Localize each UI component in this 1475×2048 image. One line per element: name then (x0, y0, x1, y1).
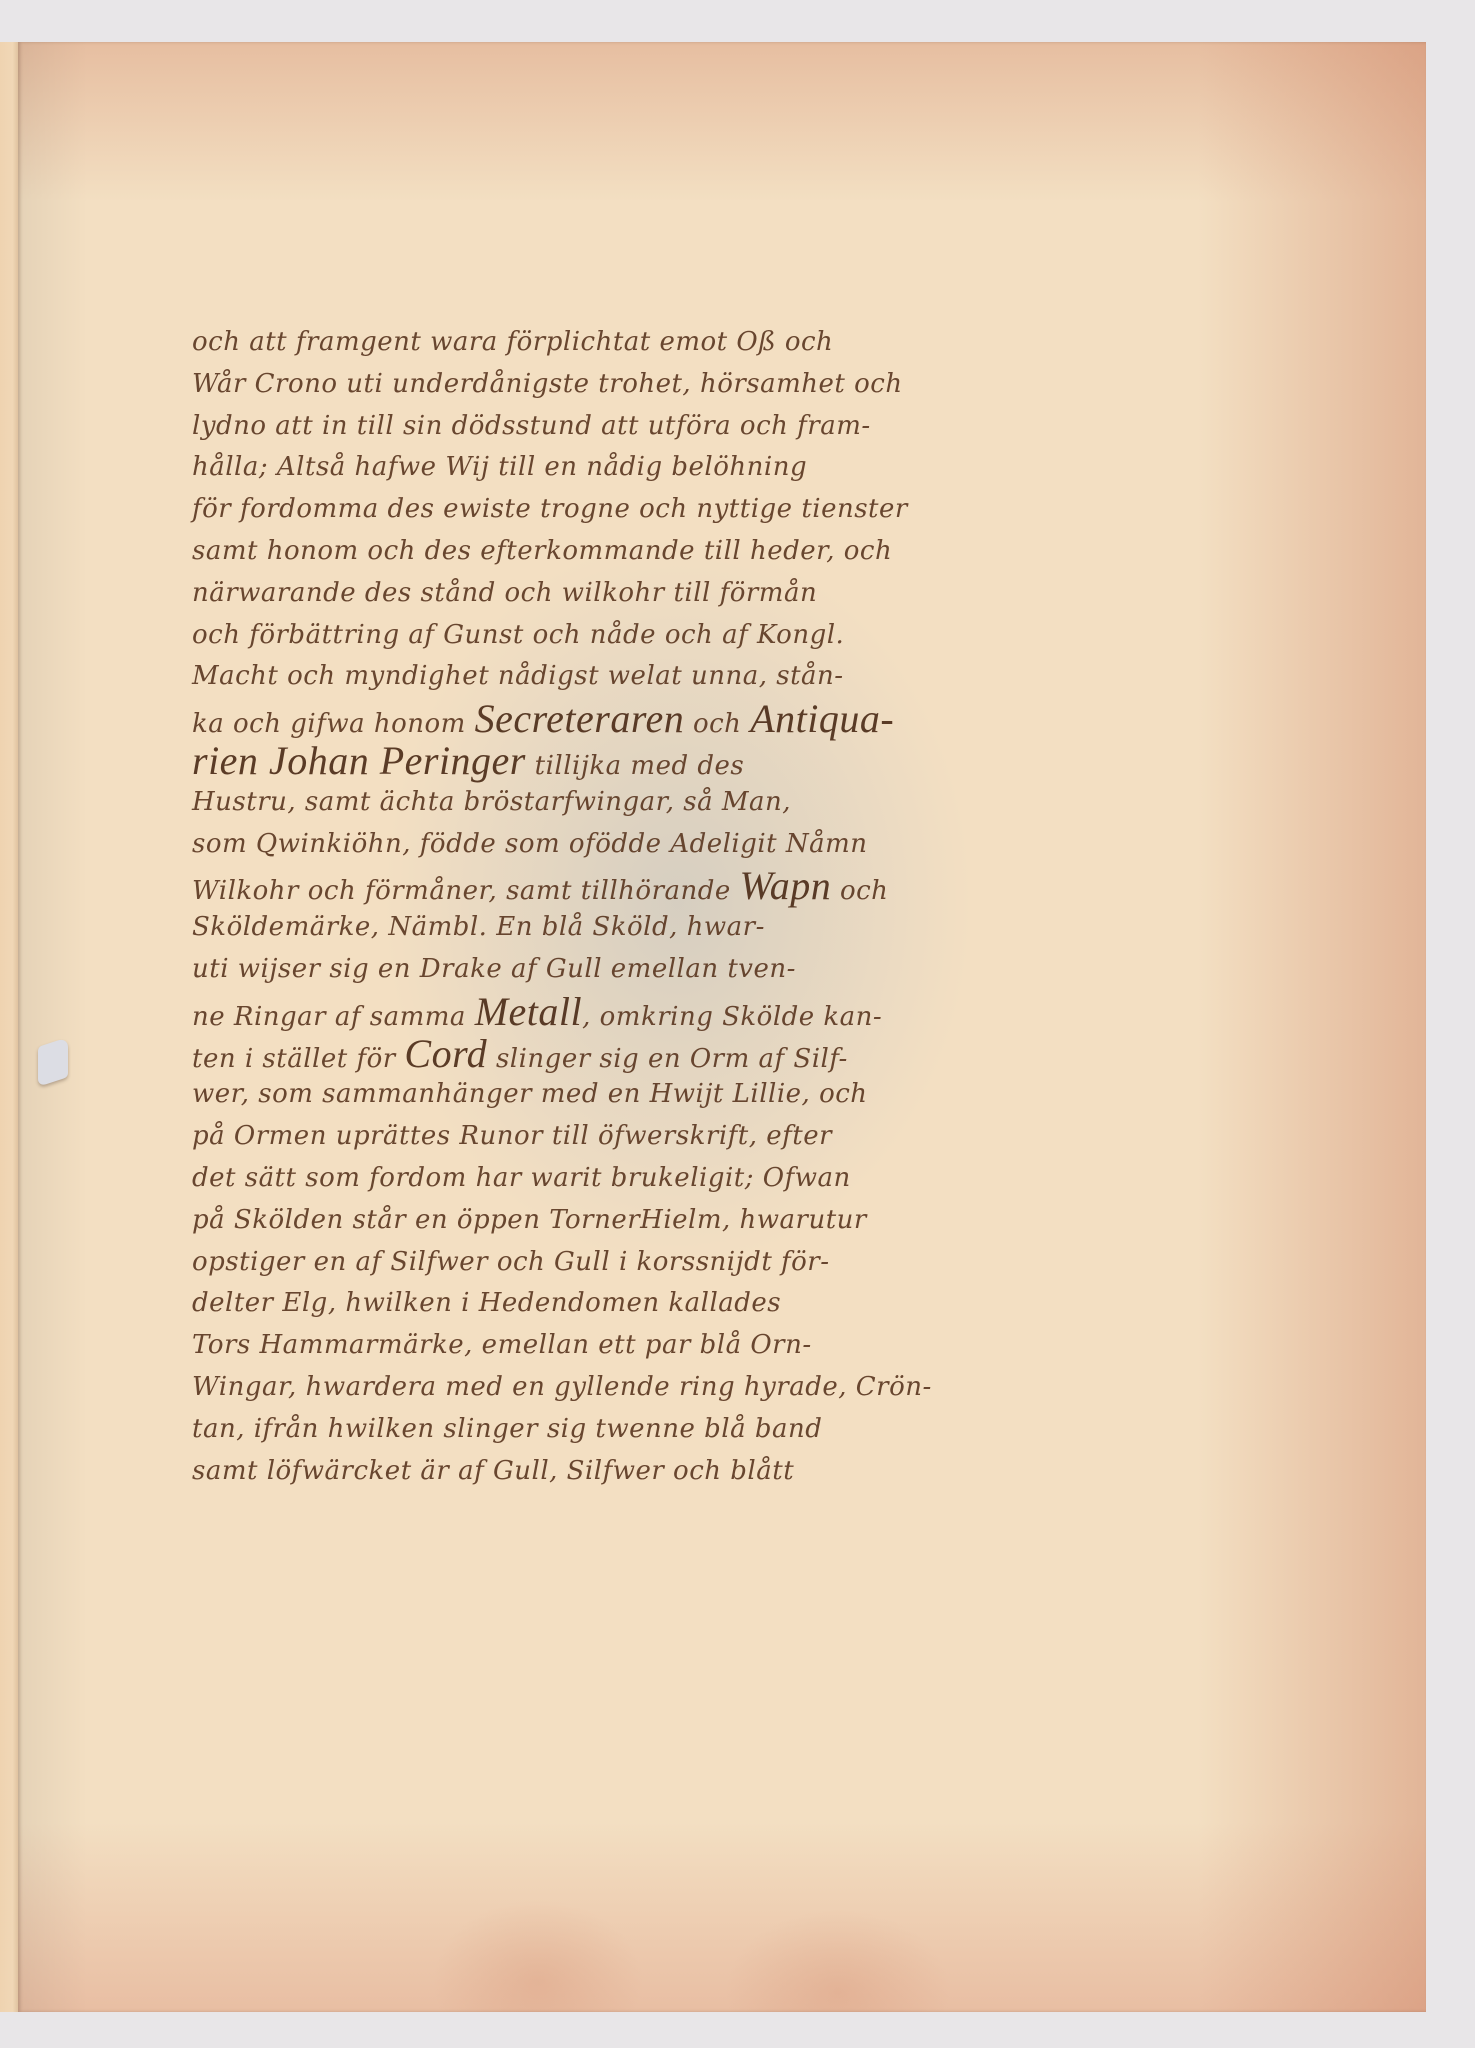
facing-page-edge (0, 42, 18, 2012)
handwritten-text-block: och att framgent wara förplichtat emot O… (192, 322, 1152, 1492)
text-line: och förbättring af Gunst och nåde och af… (192, 615, 1152, 657)
text-line: Wår Crono uti underdånigste trohet, hörs… (192, 364, 1152, 406)
text-line: lydno att in till sin dödsstund att utfö… (192, 406, 1152, 448)
text-fragment: slinger sig en Orm af Silf- (487, 1044, 848, 1074)
text-line: som Qwinkiöhn, födde som ofödde Adeligit… (192, 824, 1152, 866)
text-line: Wingar, hwardera med en gyllende ring hy… (192, 1367, 1152, 1409)
text-line: tan, ifrån hwilken slinger sig twenne bl… (192, 1409, 1152, 1451)
text-line: ne Ringar af samma Metall, omkring Sköld… (192, 991, 1152, 1033)
text-line: uti wijser sig en Drake af Gull emellan … (192, 949, 1152, 991)
text-fragment: och (831, 876, 888, 906)
title-antiquarien: Antiqua- (750, 696, 894, 741)
text-line: Hustru, samt ächta bröstarfwingar, så Ma… (192, 782, 1152, 824)
text-line: ka och gifwa honom Secreteraren och Anti… (192, 698, 1152, 740)
word-cord: Cord (404, 1031, 487, 1076)
text-line: närwarande des stånd och wilkohr till fö… (192, 573, 1152, 615)
person-name: rien Johan Peringer (192, 738, 526, 783)
text-fragment: tillijka med des (526, 751, 744, 781)
text-line: hålla; Altså hafwe Wij till en nådig bel… (192, 447, 1152, 489)
text-line: och att framgent wara förplichtat emot O… (192, 322, 1152, 364)
text-line: samt honom och des efterkommande till he… (192, 531, 1152, 573)
text-fragment: Wilkohr och förmåner, samt tillhörande (192, 876, 740, 906)
text-line: rien Johan Peringer tillijka med des (192, 740, 1152, 782)
title-secreteraren: Secreteraren (475, 696, 685, 741)
scanned-manuscript: och att framgent wara förplichtat emot O… (0, 0, 1475, 2048)
text-line: Sköldemärke, Nämbl. En blå Sköld, hwar- (192, 907, 1152, 949)
text-line: Tors Hammarmärke, emellan ett par blå Or… (192, 1325, 1152, 1367)
text-line: opstiger en af Silfwer och Gull i korssn… (192, 1242, 1152, 1284)
text-line: ten i stället för Cord slinger sig en Or… (192, 1033, 1152, 1075)
text-line: på Ormen uprättes Runor till öfwerskrift… (192, 1116, 1152, 1158)
text-line: för fordomma des ewiste trogne och nytti… (192, 489, 1152, 531)
text-line: det sätt som fordom har warit brukeligit… (192, 1158, 1152, 1200)
word-wapn: Wapn (740, 863, 832, 908)
text-fragment: ten i stället för (192, 1044, 404, 1074)
text-line: Macht och myndighet nådigst welat unna, … (192, 656, 1152, 698)
binding-tear (38, 1037, 68, 1087)
text-fragment: , omkring Skölde kan- (582, 1002, 882, 1032)
text-line: delter Elg, hwilken i Hedendomen kallade… (192, 1283, 1152, 1325)
text-fragment: ka och gifwa honom (192, 709, 475, 739)
text-line: Wilkohr och förmåner, samt tillhörande W… (192, 865, 1152, 907)
text-fragment: och (684, 709, 750, 739)
text-line: samt löfwärcket är af Gull, Silfwer och … (192, 1451, 1152, 1493)
text-line: på Skölden står en öppen TornerHielm, hw… (192, 1200, 1152, 1242)
text-fragment: ne Ringar af samma (192, 1002, 475, 1032)
word-metall: Metall (475, 989, 582, 1034)
text-line: wer, som sammanhänger med en Hwijt Lilli… (192, 1074, 1152, 1116)
